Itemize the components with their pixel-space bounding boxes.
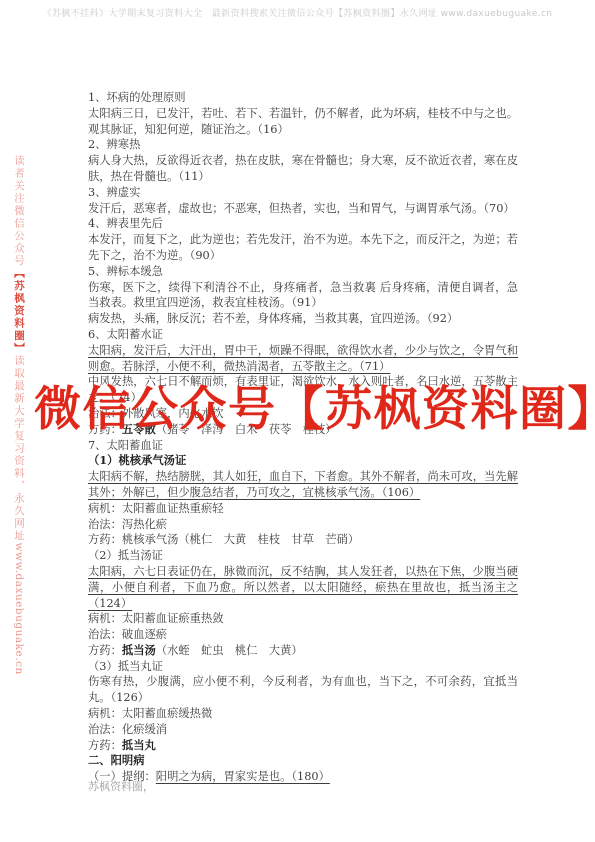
text-run: （2）抵当汤证 (88, 549, 163, 562)
text-line: （2）抵当汤证 (88, 548, 518, 564)
footer-note: 苏枫资料圈， (88, 778, 154, 794)
left-watermark-post: 读取最新大学复习资料，永久网址 (13, 355, 25, 543)
text-run: 方药： (88, 739, 122, 752)
document-page: 《苏枫不挂科》大学期末复习资料大全 最新资料搜索关注微信公众号【苏枫资料圈】永久… (0, 0, 595, 842)
text-line: 伤寒，医下之，续得下利清谷不止，身疼痛者，急当救裏 后身疼痛，清便自调者，急当救… (88, 280, 518, 312)
text-line: 治法：化瘀缓消 (88, 722, 518, 738)
text-line: 6、太阳蓄水证 (88, 327, 518, 343)
text-line: 5、辨标本缓急 (88, 264, 518, 280)
header-watermark-text: 《苏枫不挂科》大学期末复习资料大全 最新资料搜索关注微信公众号【苏枫资料圈】永久… (0, 6, 595, 19)
text-line: 方药：抵当汤（水蛭 虻虫 桃仁 大黄） (88, 643, 518, 659)
text-line: 4、辨表里先后 (88, 216, 518, 232)
text-line: 病机：太阳蓄血瘀缓热微 (88, 706, 518, 722)
text-run: 方药：桃核承气汤（桃仁 大黄 桂枝 甘草 芒硝） (88, 533, 359, 546)
text-run: 病机：太阳蓄血瘀缓热微 (88, 707, 212, 720)
text-line: 发汗后，恶寒者，虚故也；不恶寒，但热者，实也，当和胃气，与调胃承气汤。（70） (88, 201, 518, 217)
text-run: （1）桃核承气汤证 (88, 453, 186, 467)
text-line: 2、辨寒热 (88, 137, 518, 153)
text-run: 太阳病，发汗后，大汗出，胃中干，烦躁不得眠，欲得饮水者，少少与饮之，令胃气和则愈… (88, 344, 518, 373)
text-line: 本发汗，而复下之，此为逆也；若先发汗，治不为逆。本先下之，而反汗之，为逆；若先下… (88, 232, 518, 264)
text-line: 病机：太阳蓄血证瘀重热敛 (88, 611, 518, 627)
text-line: 病发热，头痛，脉反沉；若不差，身体疼痛，当救其裏，宜四逆汤。（92） (88, 311, 518, 327)
text-run: 1、坏病的处理原则 (88, 91, 186, 104)
text-line: 治法：破血逐瘀 (88, 627, 518, 643)
text-line: 3、辨虚实 (88, 185, 518, 201)
text-run: 本发汗，而复下之，此为逆也；若先发汗，治不为逆。本先下之，而反汗之，为逆；若先下… (88, 233, 518, 262)
text-line: 太阳病不解，热结膀胱，其人如狂，血自下，下者愈。其外不解者，尚未可攻，当先解其外… (88, 469, 518, 501)
text-run: （水蛭 虻虫 桃仁 大黄） (156, 644, 303, 657)
text-run: 治法：泻热化瘀 (88, 518, 167, 531)
text-line: 太阳病，发汗后，大汗出，胃中干，烦躁不得眠，欲得饮水者，少少与饮之，令胃气和则愈… (88, 343, 518, 375)
text-line: 方药：抵当丸 (88, 738, 518, 754)
text-run: 伤寒，医下之，续得下利清谷不止，身疼痛者，急当救裏 后身疼痛，清便自调者，急当救… (88, 281, 518, 310)
text-run: 病机：太阳蓄血证热重瘀轻 (88, 502, 224, 515)
text-run: 治法：化瘀缓消 (88, 723, 167, 736)
text-run: 病发热，头痛，脉反沉；若不差，身体疼痛，当救其裏，宜四逆汤。（92） (88, 312, 458, 325)
text-line: 太阳病，六七日表证仍在，脉微而沉，反不结胸，其人发狂者，以热在下焦，少腹当硬满，… (88, 564, 518, 611)
left-watermark-brand: 【苏枫资料圈】 (13, 268, 25, 356)
text-line: 7、太阳蓄血证 (88, 438, 518, 454)
text-line: 病机：太阳蓄血证热重瘀轻 (88, 501, 518, 517)
text-run: 阳明之为病，胃家实是也。（180） (156, 770, 330, 783)
text-run: 4、辨表里先后 (88, 217, 163, 230)
center-watermark: 微信公众号【苏枫资料圈】 (34, 383, 590, 437)
text-run: 3、辨虚实 (88, 186, 140, 199)
text-run: 5、辨标本缓急 (88, 265, 163, 278)
text-run: 7、太阳蓄血证 (88, 439, 163, 452)
text-line: 病人身大热，反欲得近衣者，热在皮肤，寒在骨髓也；身大寒，反不欲近衣者，寒在皮肤，… (88, 153, 518, 185)
text-run: 太阳病不解，热结膀胱，其人如狂，血自下，下者愈。其外不解者，尚未可攻，当先解其外… (88, 470, 518, 499)
text-run: 抵当汤 (122, 643, 156, 657)
text-run: 二、阳明病 (88, 753, 145, 767)
text-line: 方药：桃核承气汤（桃仁 大黄 桂枝 甘草 芒硝） (88, 532, 518, 548)
text-run: 抵当丸 (122, 738, 156, 752)
text-run: 病机：太阳蓄血证瘀重热敛 (88, 612, 224, 625)
left-watermark-url: www.daxuebuguake.cn (13, 543, 25, 675)
text-run: 伤寒有热，少腹满，应小便不利，今反利者，为有血也，当下之，不可余药，宜抵当丸。（… (88, 675, 518, 704)
text-line: （1）桃核承气汤证 (88, 453, 518, 469)
text-line: 二、阳明病 (88, 753, 518, 769)
text-run: 发汗后，恶寒者，虚故也；不恶寒，但热者，实也，当和胃气，与调胃承气汤。（70） (88, 202, 515, 215)
text-run: （3）抵当丸证 (88, 660, 163, 673)
left-watermark-pre: 读者关注微信公众号 (13, 155, 25, 268)
text-line: 治法：泻热化瘀 (88, 517, 518, 533)
document-body: 1、坏病的处理原则太阳病三日，已发汗，若吐、若下、若温针，仍不解者，此为坏病，桂… (88, 90, 518, 785)
text-run: 6、太阳蓄水证 (88, 328, 163, 341)
text-line: 1、坏病的处理原则 (88, 90, 518, 106)
left-watermark: 读者关注微信公众号【苏枫资料圈】读取最新大学复习资料，永久网址www.daxue… (10, 155, 28, 755)
text-run: 太阳病，六七日表证仍在，脉微而沉，反不结胸，其人发狂者，以热在下焦，少腹当硬满，… (88, 565, 518, 610)
text-run: 治法：破血逐瘀 (88, 628, 167, 641)
text-run: 太阳病三日，已发汗，若吐、若下、若温针，仍不解者，此为坏病，桂枝不中与之也。观其… (88, 107, 518, 136)
text-line: 太阳病三日，已发汗，若吐、若下、若温针，仍不解者，此为坏病，桂枝不中与之也。观其… (88, 106, 518, 138)
text-run: 病人身大热，反欲得近衣者，热在皮肤，寒在骨髓也；身大寒，反不欲近衣者，寒在皮肤，… (88, 154, 518, 183)
text-run: 方药： (88, 644, 122, 657)
text-line: （3）抵当丸证 (88, 659, 518, 675)
text-line: 伤寒有热，少腹满，应小便不利，今反利者，为有血也，当下之，不可余药，宜抵当丸。（… (88, 674, 518, 706)
text-run: 2、辨寒热 (88, 138, 140, 151)
